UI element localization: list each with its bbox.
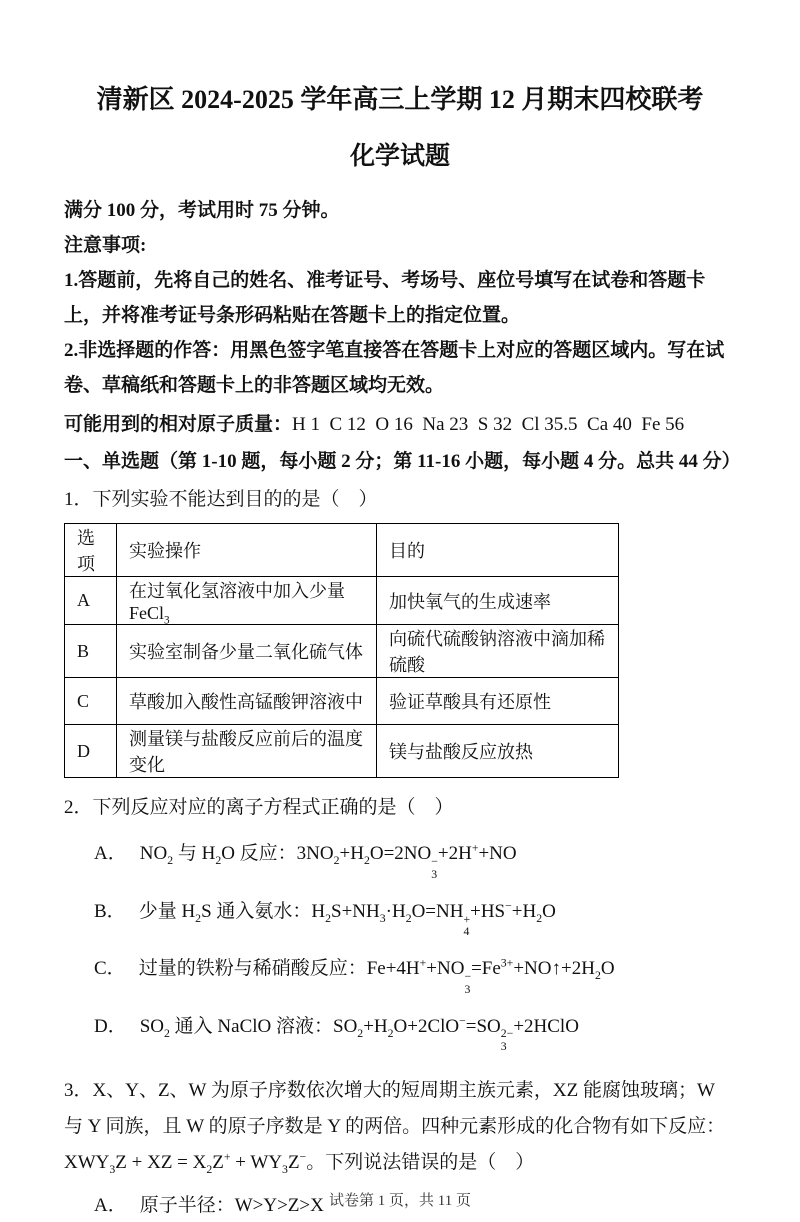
q1-row-a-operation: 在过氧化氢溶液中加入少量 FeCl3 xyxy=(117,577,377,625)
q2-option-a: A．NO2 与 H2O 反应：3NO2+H2O=2NO−3+2H++NO xyxy=(64,840,736,880)
table-row: C 草酸加入酸性高锰酸钾溶液中 验证草酸具有还原性 xyxy=(65,678,619,725)
q1-header-option: 选项 xyxy=(65,524,117,577)
q1-row-b-option: B xyxy=(65,625,117,678)
q1-row-c-operation: 草酸加入酸性高锰酸钾溶液中 xyxy=(117,678,377,725)
option-label: A． xyxy=(94,843,127,864)
q1-row-b-purpose: 向硫代硫酸钠溶液中滴加稀硫酸 xyxy=(377,625,619,678)
q1-table-header-row: 选项 实验操作 目的 xyxy=(65,524,619,577)
notice-item-2: 2.非选择题的作答：用黑色签字笔直接答在答题卡上对应的答题区域内。写在试卷、草稿… xyxy=(64,333,736,403)
q1-table: 选项 实验操作 目的 A 在过氧化氢溶液中加入少量 FeCl3 加快氧气的生成速… xyxy=(64,523,619,778)
page-title: 清新区 2024-2025 学年高三上学期 12 月期末四校联考 xyxy=(64,84,736,115)
option-formula: NO2 与 H2O 反应：3NO2+H2O=2NO−3+2H++NO xyxy=(140,843,517,864)
section-1-heading: 一、单选题（第 1-10 题，每小题 2 分；第 11-16 小题，每小题 4 … xyxy=(64,444,736,479)
q1-row-a-purpose: 加快氧气的生成速率 xyxy=(377,577,619,625)
exam-page: 清新区 2024-2025 学年高三上学期 12 月期末四校联考 化学试题 满分… xyxy=(0,0,800,1222)
q2-option-d: D．SO2 通入 NaClO 溶液：SO2+H2O+2ClO−=SO2−3+2H… xyxy=(64,1013,736,1053)
table-row: B 实验室制备少量二氧化硫气体 向硫代硫酸钠溶液中滴加稀硫酸 xyxy=(65,625,619,678)
q2-option-b: B．少量 H2S 通入氨水：H2S+NH3·H2O=NH+4+HS−+H2O xyxy=(64,898,736,938)
notice-heading: 注意事项: xyxy=(64,228,736,263)
option-formula: SO2 通入 NaClO 溶液：SO2+H2O+2ClO−=SO2−3+2HCl… xyxy=(140,1016,579,1037)
q1-row-d-operation: 测量镁与盐酸反应前后的温度变化 xyxy=(117,725,377,778)
atomic-mass-line: 可能用到的相对原子质量：H 1 C 12 O 16 Na 23 S 32 Cl … xyxy=(64,407,736,442)
option-label: B． xyxy=(94,901,126,922)
q1-row-c-option: C xyxy=(65,678,117,725)
q1-header-purpose: 目的 xyxy=(377,524,619,577)
table-row: A 在过氧化氢溶液中加入少量 FeCl3 加快氧气的生成速率 xyxy=(65,577,619,625)
option-formula: 少量 H2S 通入氨水：H2S+NH3·H2O=NH+4+HS−+H2O xyxy=(139,901,556,922)
option-label: C． xyxy=(94,958,126,979)
score-line: 满分 100 分，考试用时 75 分钟。 xyxy=(64,193,736,228)
table-row: D 测量镁与盐酸反应前后的温度变化 镁与盐酸反应放热 xyxy=(65,725,619,778)
option-formula: 过量的铁粉与稀硝酸反应：Fe+4H++NO−3=Fe3++NO↑+2H2O xyxy=(139,958,615,979)
q1-header-operation: 实验操作 xyxy=(117,524,377,577)
question-3-stem: 3．X、Y、Z、W 为原子序数依次增大的短周期主族元素，XZ 能腐蚀玻璃；W 与… xyxy=(64,1073,736,1181)
question-2-stem: 2．下列反应对应的离子方程式正确的是（ ） xyxy=(64,793,736,823)
notice-item-1: 1.答题前，先将自己的姓名、准考证号、考场号、座位号填写在试卷和答题卡上，并将准… xyxy=(64,263,736,333)
q1-row-b-operation: 实验室制备少量二氧化硫气体 xyxy=(117,625,377,678)
atomic-mass-values: H 1 C 12 O 16 Na 23 S 32 Cl 35.5 Ca 40 F… xyxy=(292,414,684,435)
page-footer: 试卷第 1 页，共 11 页 xyxy=(0,1189,800,1210)
q1-row-a-option: A xyxy=(65,577,117,625)
q1-row-d-purpose: 镁与盐酸反应放热 xyxy=(377,725,619,778)
q1-row-d-option: D xyxy=(65,725,117,778)
q1-row-c-purpose: 验证草酸具有还原性 xyxy=(377,678,619,725)
option-label: D． xyxy=(94,1016,127,1037)
atomic-mass-label: 可能用到的相对原子质量： xyxy=(64,414,292,435)
question-1-stem: 1．下列实验不能达到目的的是（ ） xyxy=(64,485,736,515)
page-subtitle: 化学试题 xyxy=(64,142,736,172)
q2-option-c: C．过量的铁粉与稀硝酸反应：Fe+4H++NO−3=Fe3++NO↑+2H2O xyxy=(64,955,736,995)
